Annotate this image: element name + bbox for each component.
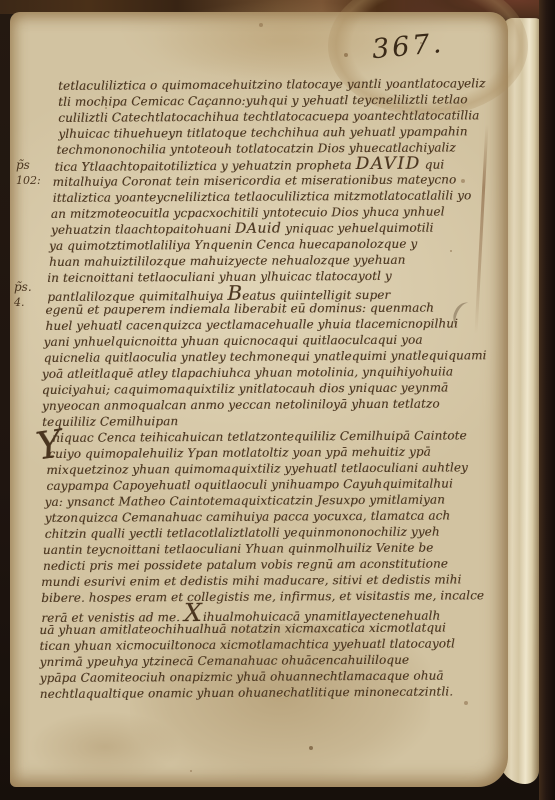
line-text: quicnelia quitlaoculia ynatley techmoneq… <box>44 348 487 365</box>
line-text: tequililiz Cemilhuipan <box>42 414 178 429</box>
line-text: yniquac yehuelquimotili <box>281 221 433 236</box>
line-text: yoā atleitlaquē atley tlapachiuhca yhuan… <box>42 364 453 381</box>
line-text: yehuatzin tlaachtopaitohuani <box>51 222 235 237</box>
line-text: bibere. hospes eram et collegistis me, i… <box>41 588 484 605</box>
folio-number: 367. <box>371 25 493 65</box>
stain-bottom-left <box>30 712 180 782</box>
line-text: niquac Cenca teihicahuican tetlatzontequ… <box>52 428 467 445</box>
line-text: mitalhuiya Coronat tein misericordia et … <box>53 172 457 188</box>
line-text: cuiyo quimopalehuiliz Ypan motlatoltiz y… <box>48 445 431 461</box>
line-text: qui <box>421 158 445 172</box>
line-text: ynrimā ypeuhya ytzinecā Cemanahuac ohuāc… <box>40 653 410 669</box>
line-text: chitzin qualli yectli tetlacotlaliztlato… <box>45 525 440 541</box>
line-text: nechtlaqualtique onamic yhuan ohuanechat… <box>40 684 453 701</box>
line-text: uā yhuan amitlateochihualhuā notatzin xi… <box>39 621 446 637</box>
line-text: ypāpa Caomiteociuh onapizmic yhuā ohuann… <box>40 669 444 685</box>
line-text: nedicti pris mei possidete patalum vobis… <box>43 556 448 572</box>
line-text: ytzonquizca Cemanahuac camihuiya pacca y… <box>45 508 451 524</box>
line-text: quiciyahui; caquimomaquixtiliz ynitlatoc… <box>42 380 448 396</box>
line-text: ylhuicac tihuehueyn titlatoque techchihu… <box>58 124 467 140</box>
line-text: uantin teycnoittani tetlaoculiani Yhuan … <box>43 541 434 557</box>
line-text: tli mochipa Cemicac Caçanno:yuhqui y yeh… <box>58 92 467 109</box>
line-text: tetlaculiliztica o quimomacehuitzino tla… <box>58 76 485 93</box>
margin-note-psalm-4: p̃s. 4. <box>14 280 32 310</box>
text-block: tetlaculiliztica o quimomacehuitzino tla… <box>36 75 498 702</box>
line-text: huan mahuiztililozque mahuizyecte nehual… <box>49 253 405 269</box>
line-text: in teicnoittani tetlaoculiani yhuan ylhu… <box>47 269 392 285</box>
margin-note-number: 4. <box>14 295 32 310</box>
line-text: yani ynhuelquicnoitta yhuan quicnocaqui … <box>44 333 423 349</box>
line-text: mixquetzinoz yhuan quimomaquixtiliz yyeh… <box>46 460 468 477</box>
line-text: ynyeocan anmoqualcan anmo yeccan netolin… <box>42 397 440 413</box>
manuscript-photo: 367. p̃s 102: p̃s. 4. tetlaculiliztica o… <box>0 0 555 800</box>
line-text: ya quimotztimotlaliliya Ynquenin Cenca h… <box>49 237 417 253</box>
manuscript-page: 367. p̃s 102: p̃s. 4. tetlaculiliztica o… <box>10 12 508 787</box>
line-text: mundi esurivi enim et dedistis mihi madu… <box>41 572 461 589</box>
manuscript-line: nechtlaqualtique onamic yhuan ohuanechat… <box>40 683 498 702</box>
margin-note-abbrev: p̃s. <box>14 280 32 295</box>
line-text: egenū et pauperem indiemala liberabit eū… <box>45 301 434 317</box>
line-text: ittaliztica yoanteycneliliztica tetlaocu… <box>53 188 472 205</box>
line-text: ya: ynsanct Matheo Caintotemaquixticatzi… <box>45 493 445 509</box>
line-text: huel yehuatl cacenquizca yectlamacehuall… <box>45 316 458 333</box>
line-text: DAuid <box>235 221 281 237</box>
line-text: tican yhuan xicmocuiltonoca xicmotlamach… <box>39 636 455 653</box>
binding-right-edge <box>539 0 555 800</box>
line-text: caypampa Capoyehuatl oquitlaoculi ynihua… <box>46 476 452 492</box>
line-text: culiliztli Catechtlatocachihua techtlato… <box>58 108 479 125</box>
line-text: an mitzmoteocuitla ycpacxochitili yntote… <box>51 205 445 221</box>
